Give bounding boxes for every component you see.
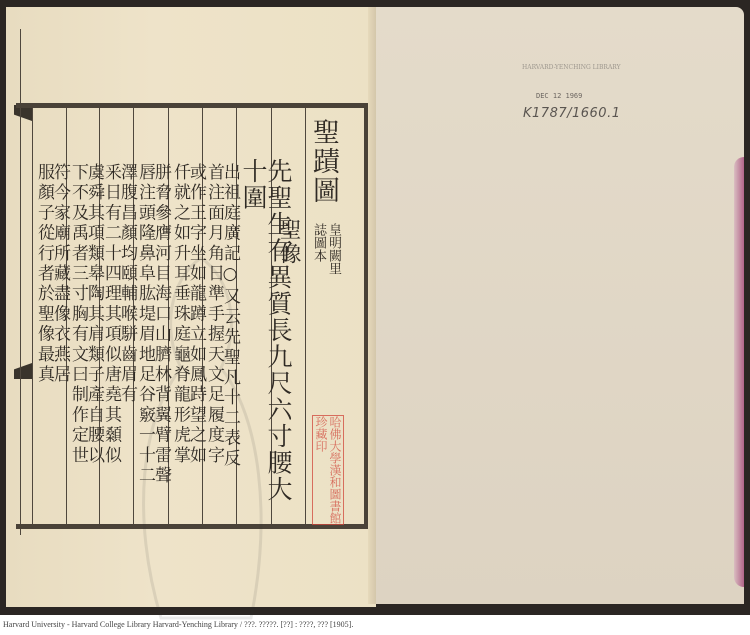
main-text-column: 先聖生有異質長九尺六寸腰大十圍 xyxy=(241,158,291,524)
text-column-11: 符今家廟所藏盡像衣燕居 xyxy=(51,163,68,385)
text-column-7: 澤腹昌顏均頤輔喉駢齒眉有 xyxy=(118,163,135,405)
text-column-1: 出祖庭廣記○又云先聖凡十二表反 xyxy=(221,163,238,469)
citation-footer: Harvard University - Harvard College Lib… xyxy=(3,620,353,629)
column-rule xyxy=(32,108,33,524)
text-column-5: 胼脅參膺河目海口山臍林背翼臂雷聲 xyxy=(152,163,169,486)
section-heading: 聖像 xyxy=(277,218,299,266)
text-column-9: 虞舜其項類皋陶其肩類子產自腰以 xyxy=(85,163,102,466)
page-edge-stain xyxy=(734,157,744,587)
subtitle-line-2: 誌圖本 xyxy=(312,223,325,262)
book-title: 聖蹟圖 xyxy=(310,118,337,205)
library-stamp: HARVARD-YENCHING LIBRARY xyxy=(522,64,621,71)
scan-background: 服顏子從行者於聖像最真 符今家廟所藏盡像衣燕居 下不及禹者三寸胸有文曰制作定世 … xyxy=(0,0,750,615)
column-rule xyxy=(305,108,306,524)
subtitle-line-1: 皇明闕里 xyxy=(327,223,340,275)
text-column-3: 或作王字坐如龍蹲立如鳳跱望之如 xyxy=(187,163,204,466)
call-number: K1787/1660.1 xyxy=(523,106,620,121)
date-stamp: DEC 12 1969 xyxy=(536,92,582,100)
library-seal: 哈佛大學漢和圖書館珍藏印 xyxy=(312,415,344,525)
